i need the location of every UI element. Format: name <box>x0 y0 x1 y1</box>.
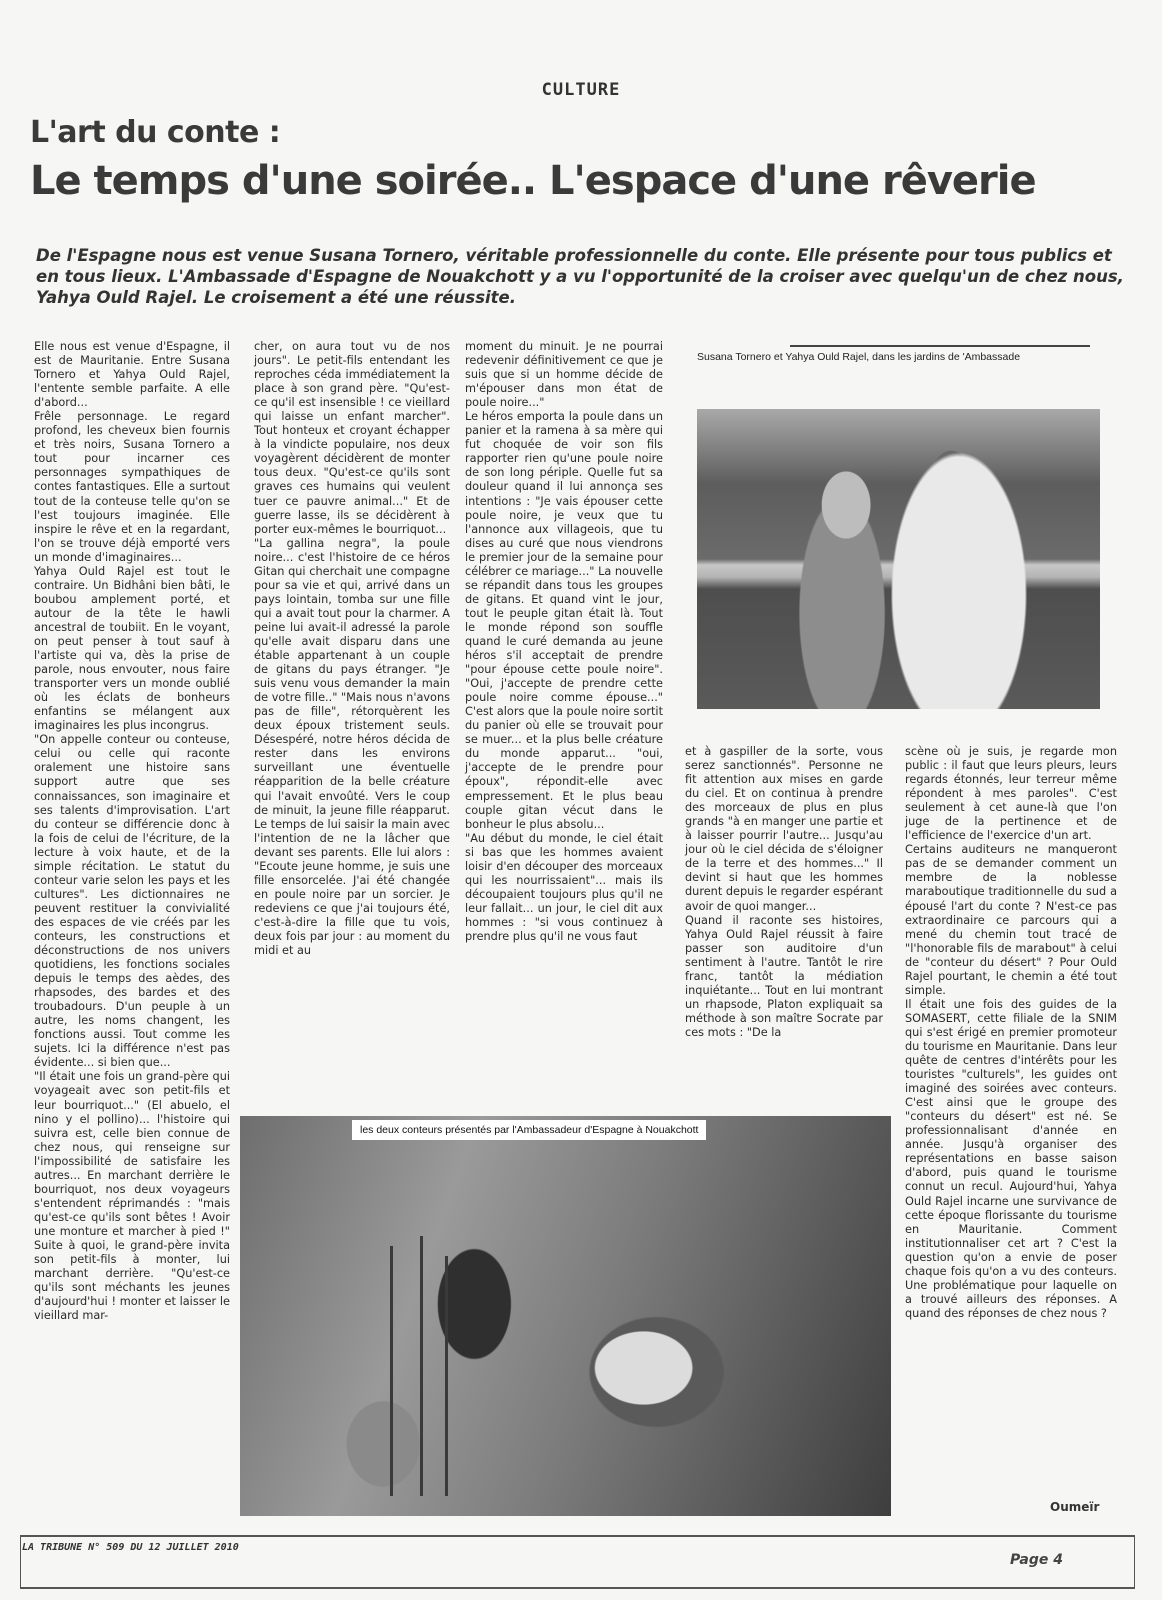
article-column-4: et à gaspiller de la sorte, vous serez s… <box>685 745 883 1040</box>
paragraph: Il était une fois des guides de la SOMAS… <box>905 998 1117 1321</box>
flagpole <box>390 1246 393 1496</box>
article-column-5: scène où je suis, je regarde mon public … <box>905 745 1117 1321</box>
paragraph: "Il était une fois un grand-père qui voy… <box>34 1070 230 1323</box>
article-column-1: Elle nous est venue d'Espagne, il est de… <box>34 340 230 1323</box>
paragraph: Elle nous est venue d'Espagne, il est de… <box>34 340 230 410</box>
paragraph: "On appelle conteur ou conteuse, celui o… <box>34 733 230 1070</box>
section-label: CULTURE <box>0 80 1162 100</box>
paragraph: moment du minuit. Je ne pourrai redeveni… <box>465 340 663 410</box>
paragraph: Le héros emporta la poule dans un panier… <box>465 410 663 831</box>
photo-ambassador-presentation: les deux conteurs présentés par l'Ambass… <box>240 1116 891 1516</box>
page-number: Page 4 <box>1010 1552 1063 1568</box>
paragraph: cher, on aura tout vu de nos jours". Le … <box>254 340 450 537</box>
author-signature: Oumeïr <box>1050 1500 1099 1514</box>
paragraph: Certains auditeurs ne manqueront pas de … <box>905 843 1117 998</box>
paragraph: scène où je suis, je regarde mon public … <box>905 745 1117 843</box>
photo-caption-2: les deux conteurs présentés par l'Ambass… <box>352 1120 706 1140</box>
paragraph: Frêle personnage. Le regard profond, les… <box>34 410 230 565</box>
photo-caption-1: Susana Tornero et Yahya Ould Rajel, dans… <box>697 351 1097 364</box>
photo-storytellers-garden <box>697 409 1100 709</box>
headline-title: Le temps d'une soirée.. L'espace d'une r… <box>30 158 1036 204</box>
flagpole <box>420 1236 423 1496</box>
paragraph: Quand il raconte ses histoires, Yahya Ou… <box>685 914 883 1040</box>
article-column-2: cher, on aura tout vu de nos jours". Le … <box>254 340 450 958</box>
paragraph: et à gaspiller de la sorte, vous serez s… <box>685 745 883 914</box>
paragraph: "Au début du monde, le ciel était si bas… <box>465 832 663 944</box>
publication-info: LA TRIBUNE N° 509 DU 12 JUILLET 2010 <box>22 1542 239 1553</box>
caption-rule <box>790 345 1090 347</box>
lead-paragraph: De l'Espagne nous est venue Susana Torne… <box>36 245 1126 308</box>
flagpole <box>445 1256 448 1496</box>
paragraph: Yahya Ould Rajel est tout le contraire. … <box>34 565 230 734</box>
headline-kicker: L'art du conte : <box>30 115 280 150</box>
article-column-3: moment du minuit. Je ne pourrai redeveni… <box>465 340 663 944</box>
paragraph: "La gallina negra", la poule noire... c'… <box>254 537 450 958</box>
